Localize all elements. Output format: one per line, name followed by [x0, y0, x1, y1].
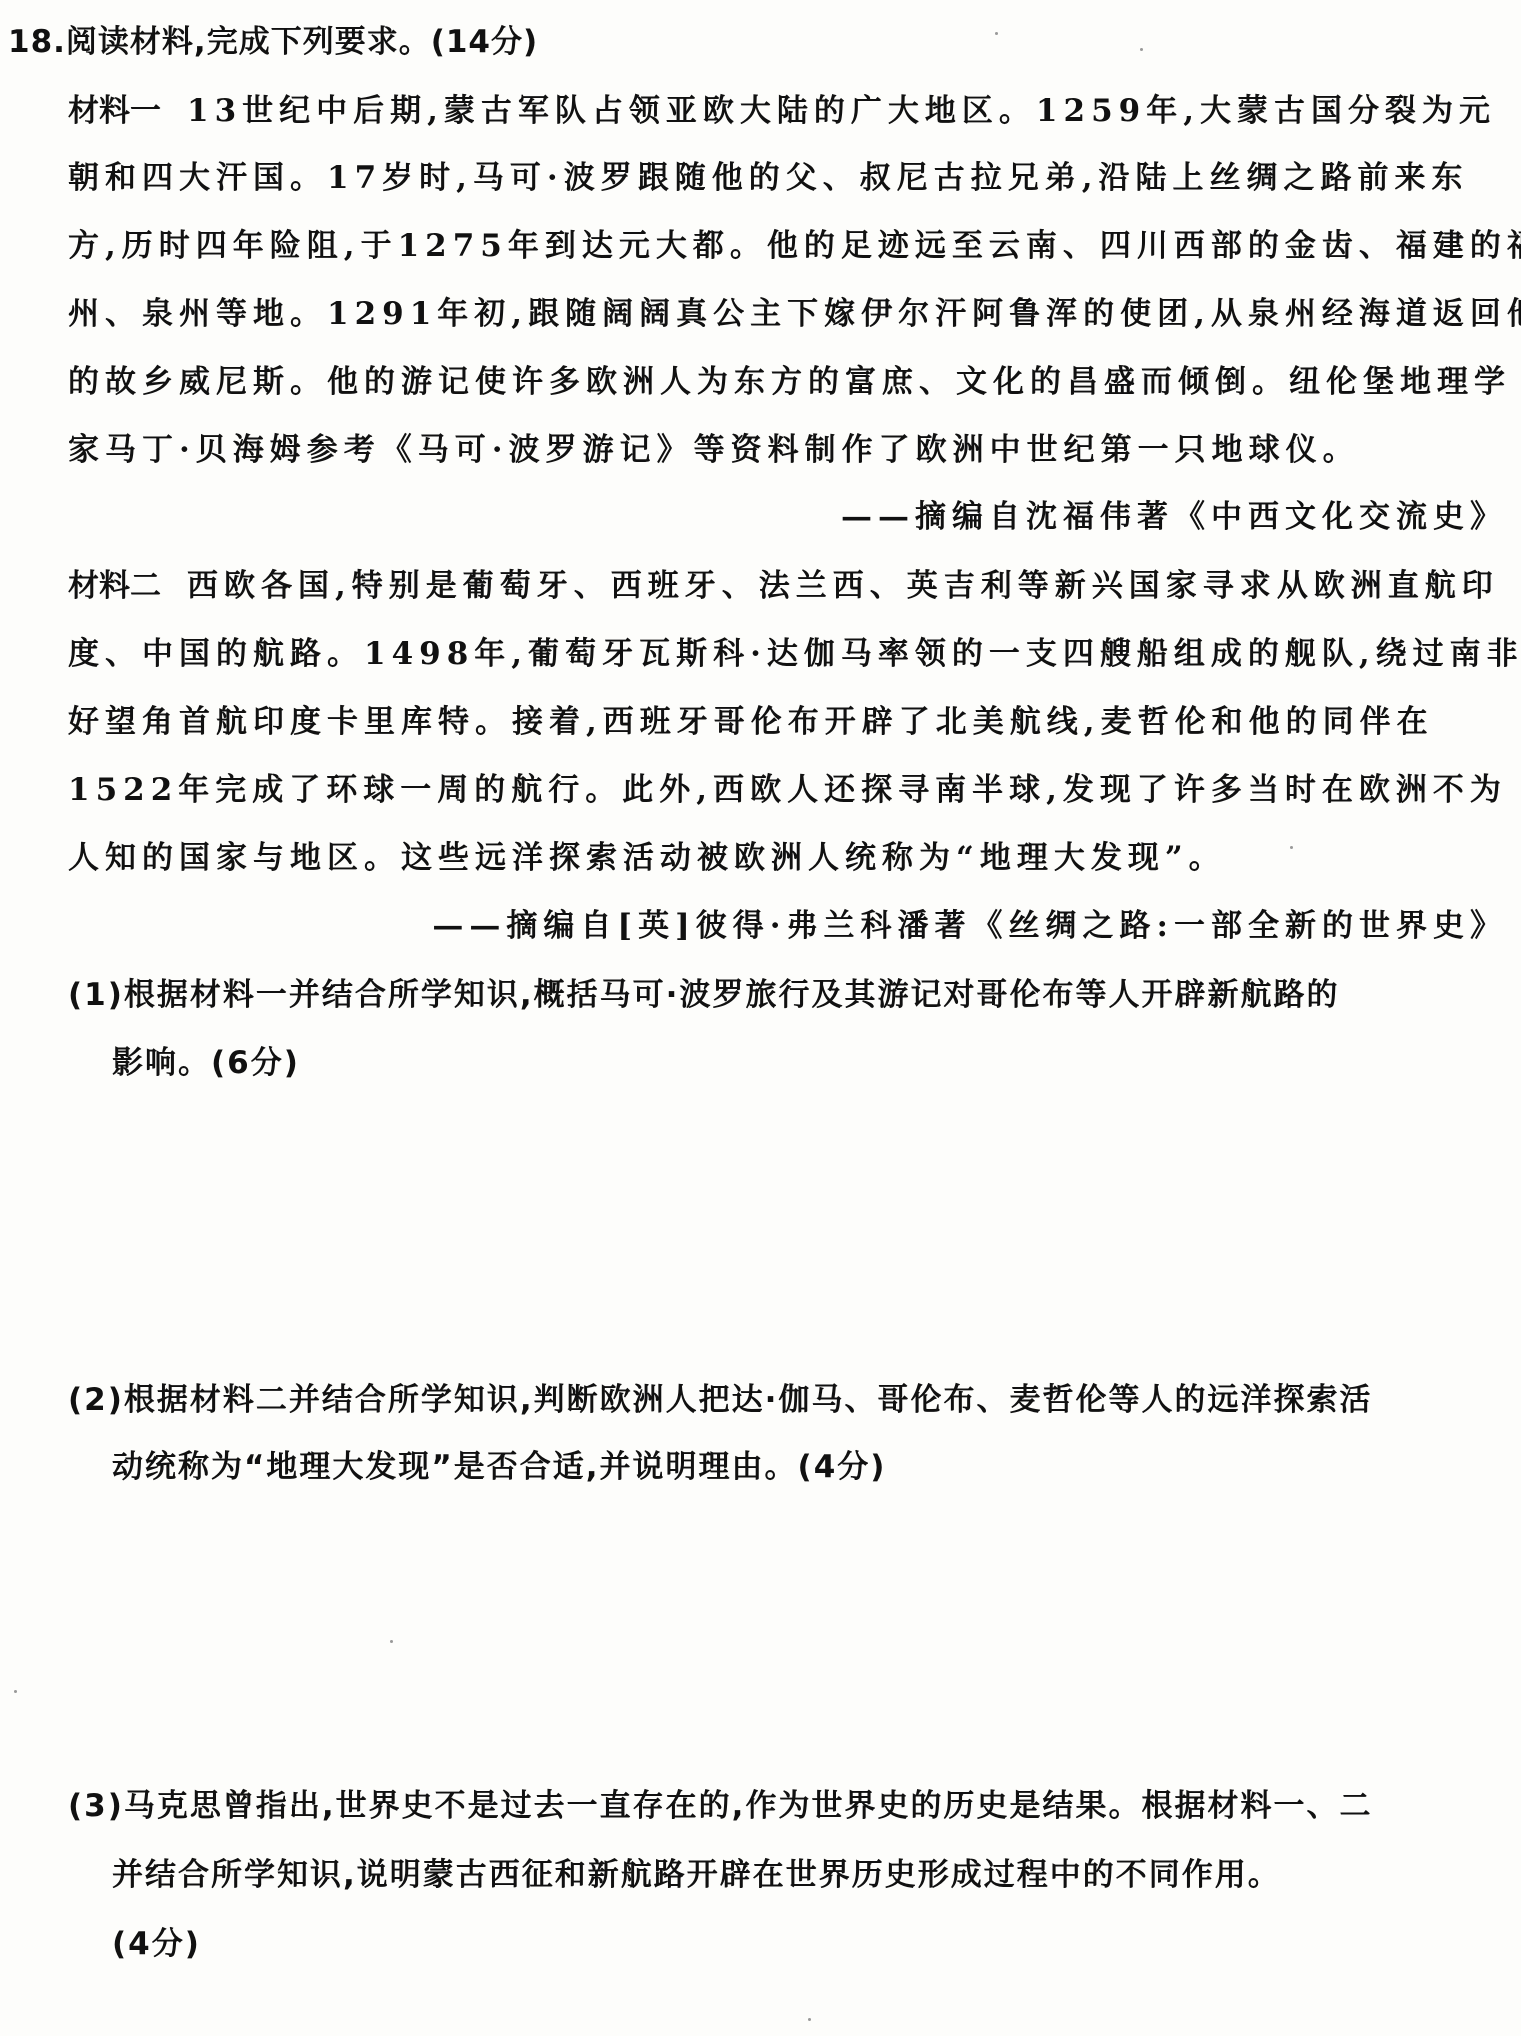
material-2-source: ——摘编自[英]彼得·弗兰科潘著《丝绸之路:一部全新的世界史》 — [432, 906, 1507, 946]
scan-speck — [390, 1640, 393, 1643]
scan-speck — [1290, 846, 1293, 849]
material-1-line: 朝和四大汗国。17岁时,马可·波罗跟随他的父、叔尼古拉兄弟,沿陆上丝绸之路前来东 — [68, 158, 1469, 198]
question-header: 18.阅读材料,完成下列要求。(14分) — [8, 22, 538, 62]
sub-question-1-line: (1)根据材料一并结合所学知识,概括马可·波罗旅行及其游记对哥伦布等人开辟新航路… — [68, 975, 1339, 1015]
scan-speck — [995, 32, 998, 35]
sub-question-3-line: 并结合所学知识,说明蒙古西征和新航路开辟在世界历史形成过程中的不同作用。 — [112, 1855, 1281, 1895]
material-2-line: 1522年完成了环球一周的航行。此外,西欧人还探寻南半球,发现了许多当时在欧洲不… — [68, 770, 1507, 810]
sub-question-2-line: (2)根据材料二并结合所学知识,判断欧洲人把达·伽马、哥伦布、麦哲伦等人的远洋探… — [68, 1380, 1372, 1420]
scan-speck — [1140, 48, 1143, 51]
question-title: 阅读材料,完成下列要求。(14分) — [66, 24, 538, 60]
material-2-line: 好望角首航印度卡里库特。接着,西班牙哥伦布开辟了北美航线,麦哲伦和他的同伴在 — [68, 702, 1434, 742]
scan-speck — [808, 2018, 811, 2021]
answer-area-1[interactable] — [68, 1100, 1507, 1380]
material-1-source: ——摘编自沈福伟著《中西文化交流史》 — [841, 497, 1507, 537]
material-2-line: 度、中国的航路。1498年,葡萄牙瓦斯科·达伽马率领的一支四艘船组成的舰队,绕过… — [68, 634, 1521, 674]
sub-question-3-line: (3)马克思曾指出,世界史不是过去一直存在的,作为世界史的历史是结果。根据材料一… — [68, 1786, 1372, 1826]
sub-question-2-line: 动统称为“地理大发现”是否合适,并说明理由。(4分) — [112, 1447, 886, 1487]
material-2-line: 人知的国家与地区。这些远洋探索活动被欧洲人统称为“地理大发现”。 — [68, 838, 1226, 878]
material-1-line: 方,历时四年险阻,于1275年到达元大都。他的足迹远至云南、四川西部的金齿、福建… — [68, 226, 1521, 266]
scan-speck — [14, 1690, 17, 1693]
material-1-line: 材料一13世纪中后期,蒙古军队占领亚欧大陆的广大地区。1259年,大蒙古国分裂为… — [68, 91, 1496, 131]
material-1-line: 州、泉州等地。1291年初,跟随阔阔真公主下嫁伊尔汗阿鲁浑的使团,从泉州经海道返… — [68, 294, 1521, 334]
material-1-line: 家马丁·贝海姆参考《马可·波罗游记》等资料制作了欧洲中世纪第一只地球仪。 — [68, 430, 1360, 470]
sub-question-3-line: (4分) — [112, 1924, 201, 1964]
material-2-line: 材料二西欧各国,特别是葡萄牙、西班牙、法兰西、英吉利等新兴国家寻求从欧洲直航印 — [68, 566, 1499, 606]
answer-area-3[interactable] — [68, 1975, 1507, 2035]
material-1-label: 材料一 — [68, 91, 161, 131]
material-1-line: 的故乡威尼斯。他的游记使许多欧洲人为东方的富庶、文化的昌盛而倾倒。纽伦堡地理学 — [68, 362, 1511, 402]
answer-area-2[interactable] — [68, 1500, 1507, 1780]
sub-question-1-line: 影响。(6分) — [112, 1043, 300, 1083]
question-number: 18. — [8, 24, 66, 60]
material-2-label: 材料二 — [68, 566, 161, 606]
